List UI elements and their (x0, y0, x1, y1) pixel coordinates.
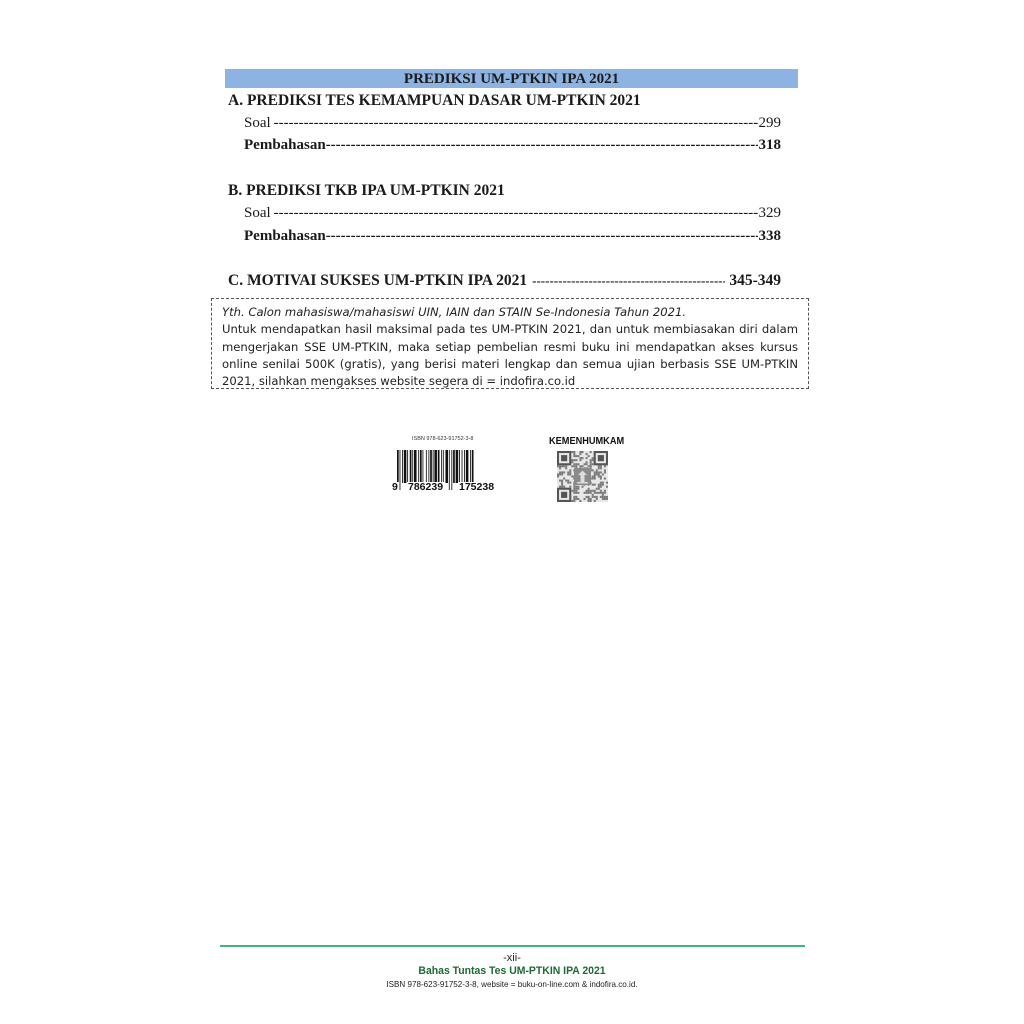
section-a-title: A. PREDIKSI TES KEMAMPUAN DASAR UM-PTKIN… (228, 91, 641, 111)
dot-leader: ----------------------------------------… (274, 113, 758, 133)
toc-entry-label: Pembahasan (244, 135, 326, 155)
qr-code-icon (557, 451, 608, 502)
toc-entry-label: Soal (244, 203, 271, 223)
toc-entry-b-pembahasan[interactable]: Pembahasan -----------------------------… (244, 226, 781, 246)
notice-body: Untuk mendapatkan hasil maksimal pada te… (222, 321, 798, 390)
page-header-title: PREDIKSI UM-PTKIN IPA 2021 (404, 71, 619, 87)
document-page: PREDIKSI UM-PTKIN IPA 2021 A. PREDIKSI T… (0, 0, 1024, 1024)
toc-entry-page: 299 (759, 113, 782, 133)
toc-entry-page: 329 (759, 203, 782, 223)
footer-page-number: -xii- (0, 952, 1024, 964)
footer-isbn-line: ISBN 978-623-91752-3-8, website = buku-o… (26, 979, 999, 989)
section-b-title: B. PREDIKSI TKB IPA UM-PTKIN 2021 (228, 181, 505, 201)
dot-leader: ----------------------------------------… (326, 135, 758, 155)
toc-entry-label: Pembahasan (244, 226, 326, 246)
page-header-bar: PREDIKSI UM-PTKIN IPA 2021 (225, 69, 798, 88)
toc-entry-c-motivasi[interactable]: C. MOTIVAI SUKSES UM-PTKIN IPA 2021 ----… (228, 271, 781, 291)
footer-divider (220, 945, 805, 947)
dot-leader: ----------------------------------------… (274, 203, 758, 223)
toc-entry-a-pembahasan[interactable]: Pembahasan -----------------------------… (244, 135, 781, 155)
barcode-digit-first: 9 (391, 482, 399, 492)
toc-entry-page: 338 (759, 226, 782, 246)
section-c-title: C. MOTIVAI SUKSES UM-PTKIN IPA 2021 (228, 271, 527, 291)
toc-entry-a-soal[interactable]: Soal -----------------------------------… (244, 113, 781, 133)
barcode-digits-group-1: 786239 (407, 482, 444, 492)
toc-entry-label: Soal (244, 113, 271, 133)
toc-entry-page: 345-349 (729, 271, 781, 291)
notice-box: Yth. Calon mahasiswa/mahasiswi UIN, IAIN… (211, 298, 809, 389)
barcode-isbn-label: ISBN 978-623-91752-3-8 (412, 436, 473, 442)
dot-leader: ----------------------------------------… (326, 226, 758, 246)
barcode-digits-group-2: 175238 (458, 482, 495, 492)
footer-book-title: Bahas Tuntas Tes UM-PTKIN IPA 2021 (26, 965, 999, 977)
toc-entry-b-soal[interactable]: Soal -----------------------------------… (244, 203, 781, 223)
qr-label: KEMENHUMKAM (549, 436, 624, 447)
toc-entry-page: 318 (759, 135, 782, 155)
dot-leader: ----------------------------------------… (532, 271, 725, 291)
notice-greeting: Yth. Calon mahasiswa/mahasiswi UIN, IAIN… (222, 304, 798, 321)
